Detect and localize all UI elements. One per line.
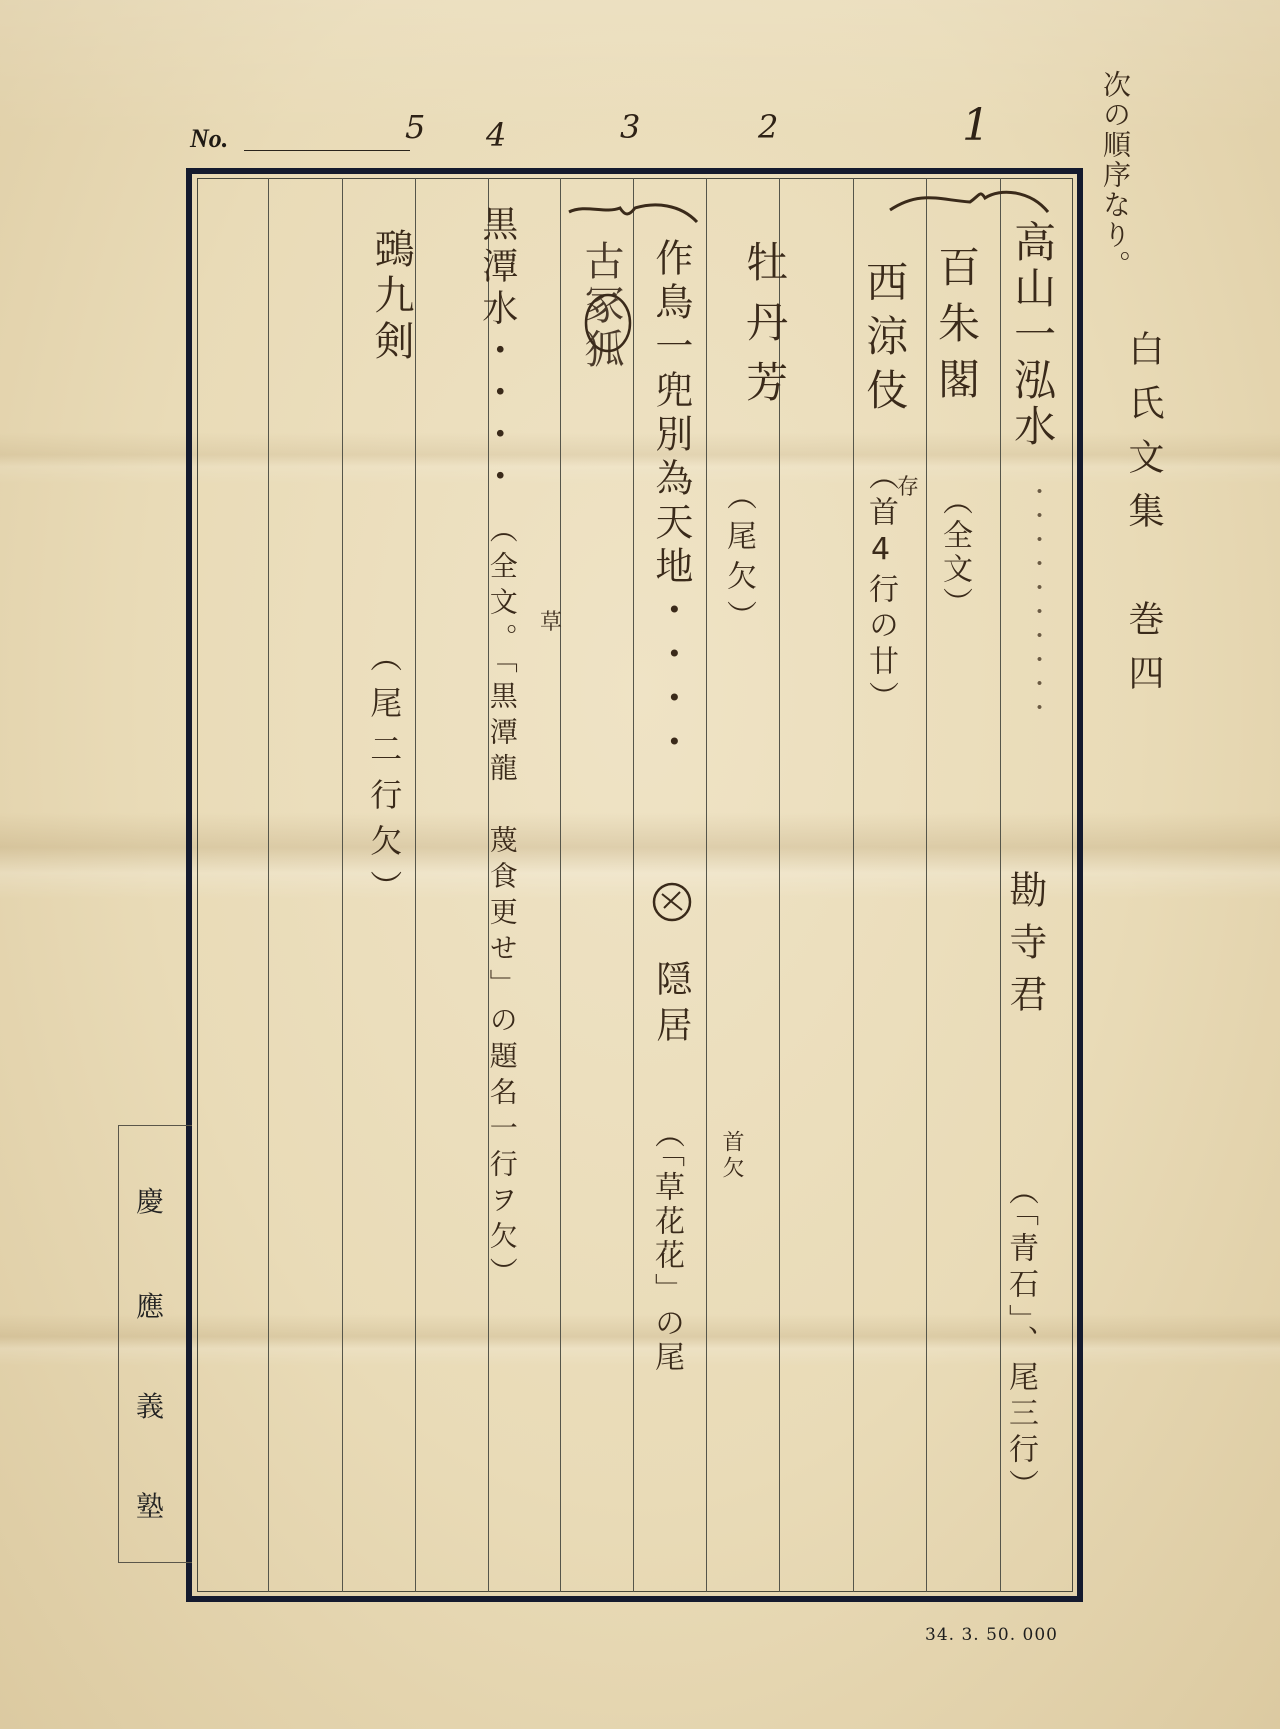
column-number-5: 5	[405, 108, 425, 146]
entry-1-title: 高山一泓水	[1010, 220, 1054, 450]
entry-1-dots: ・・・・・・・・・・	[1022, 480, 1053, 720]
institution-char: 義	[136, 1385, 164, 1425]
entry-4-annotation: 草	[540, 605, 562, 636]
column-number-2: 2	[758, 108, 778, 146]
entry-1c-note: （首4行の廿）	[864, 460, 897, 717]
entry-1-author: 勘寺君	[1004, 870, 1044, 1026]
column-rule	[1000, 178, 1001, 1592]
column-rule	[415, 178, 416, 1592]
column-rule	[268, 178, 269, 1592]
margin-note-source: 白氏文集 巻四	[1118, 330, 1169, 708]
entry-1b-title: 百朱閣	[934, 245, 978, 413]
entry-2-note: （尾欠）	[722, 480, 755, 640]
entry-5-title: 鵶九剣	[370, 228, 412, 366]
circled-correction-mark	[578, 290, 636, 356]
entry-2b-title: 作鳥一兜別為天地・・・・	[650, 238, 690, 766]
entry-2-title: 牡丹芳	[742, 240, 786, 420]
circled-correction-mark	[650, 880, 694, 924]
entry-2b-sub: 隠居	[652, 960, 690, 1052]
entry-1c-annotation: 存	[897, 470, 919, 501]
column-number-4: 4	[486, 116, 506, 154]
entry-5-note: （尾二行欠）	[366, 640, 401, 916]
entry-1-note: （「青石」、尾三行）	[1004, 1175, 1037, 1505]
entry-4-title: 黒潭水・・・・	[478, 205, 516, 499]
column-rule	[342, 178, 343, 1592]
column-rule	[633, 178, 634, 1592]
column-rule	[560, 178, 561, 1592]
column-number-3: 3	[620, 108, 640, 146]
form-number-label: No.	[190, 124, 228, 154]
entry-4-note: （全文。「黒潭龍 蔑食更せ」の題名一行ヲ欠）	[486, 515, 517, 1293]
institution-char: 應	[136, 1285, 164, 1325]
margin-note-order: 次の順序なり。	[1095, 70, 1135, 280]
bracket-swash-entry-2	[565, 200, 705, 230]
print-code: 34. 3. 50. 000	[925, 1625, 1058, 1645]
form-number-line	[244, 150, 410, 151]
column-number-1: 1	[962, 100, 990, 151]
column-rule	[853, 178, 854, 1592]
entry-2b-note: （「草花花」の尾	[650, 1118, 683, 1375]
entry-1b-note: （全文）	[938, 485, 971, 621]
column-rule	[706, 178, 707, 1592]
institution-char: 慶	[136, 1180, 164, 1220]
entry-1c-title: 西涼伎	[862, 260, 906, 422]
entry-2b-annotation: 首欠	[716, 1130, 747, 1182]
column-rule	[926, 178, 927, 1592]
institution-char: 塾	[136, 1485, 164, 1525]
